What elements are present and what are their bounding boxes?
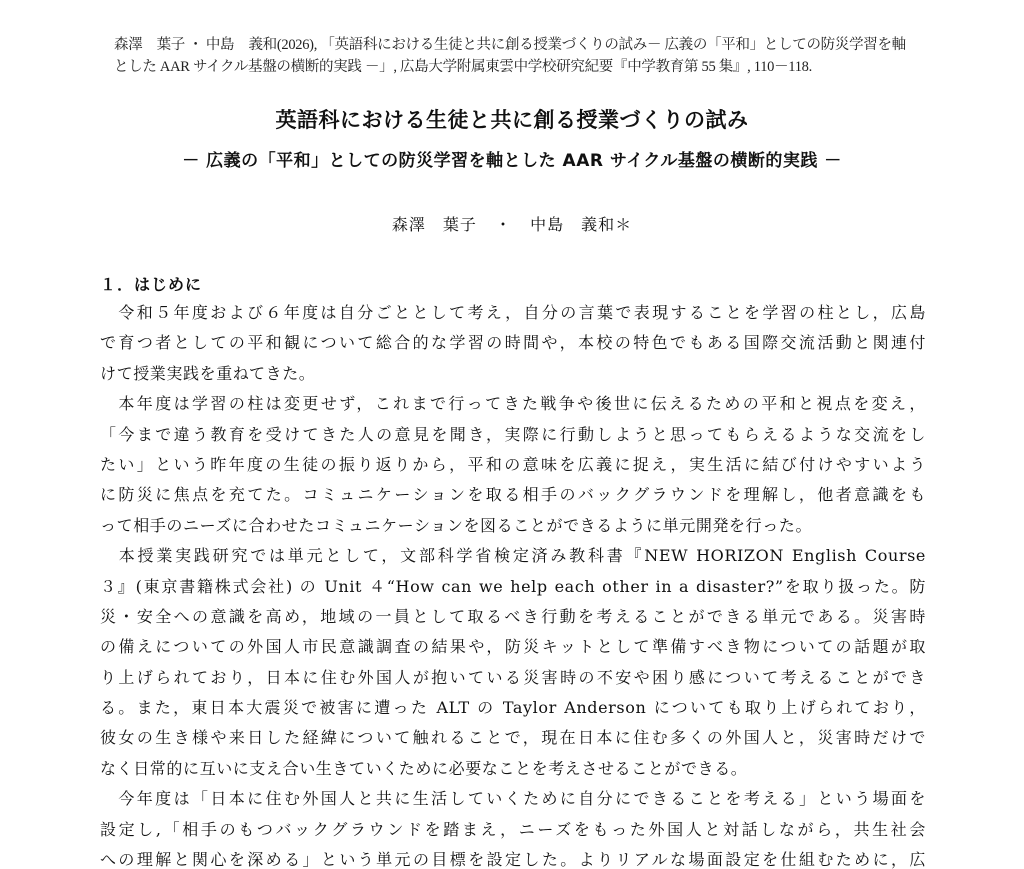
body-line: 彼女の生き様や来日した経緯について触れることで，現在日本に住む多くの外国人と，災… (100, 723, 926, 753)
body-line: けて授業実践を重ねてきた。 (100, 359, 926, 389)
document-page: 森澤 葉子 ・ 中島 義和(2026), 「英語科における生徒と共に創る授業づく… (0, 0, 1024, 869)
author-name: 中島 義和＊ (530, 215, 632, 234)
section-body: 令和５年度および６年度は自分ごととして考え，自分の言葉で表現することを学習の柱と… (100, 298, 926, 869)
body-line: ３』(東京書籍株式会社) の Unit ４“How can we help ea… (100, 572, 926, 602)
body-line: 災・安全への意識を高め，地域の一員として取るべき行動を考えることができる単元であ… (100, 602, 926, 632)
paper-subtitle: － 広義の「平和」としての防災学習を軸とした AAR サイクル基盤の横断的実践 … (0, 146, 1024, 171)
body-line: への理解と関心を深める」という単元の目標を設定した。よりリアルな場面設定を仕組む… (100, 845, 926, 869)
body-line: 本年度は学習の柱は変更せず，これまで行ってきた戦争や後世に伝えるための平和と視点… (100, 389, 926, 419)
author-name: 森澤 葉子 (392, 215, 477, 234)
section-heading: １．はじめに (100, 272, 202, 295)
paper-title: 英語科における生徒と共に創る授業づくりの試み (0, 104, 1024, 134)
citation-block: 森澤 葉子 ・ 中島 義和(2026), 「英語科における生徒と共に創る授業づく… (114, 34, 934, 78)
body-line: り上げられており，日本に住む外国人が抱いている災害時の不安や困り感について考える… (100, 663, 926, 693)
body-line: の備えについての外国人市民意識調査の結果や，防災キットとして準備すべき物について… (100, 632, 926, 662)
citation-line: 森澤 葉子 ・ 中島 義和(2026), 「英語科における生徒と共に創る授業づく… (114, 34, 934, 56)
body-line: なく日常的に互いに支え合い生きていくために必要なことを考えさせることができる。 (100, 754, 926, 784)
author-list: 森澤 葉子 ・ 中島 義和＊ (0, 212, 1024, 235)
body-line: たい」という昨年度の生徒の振り返りから，平和の意味を広義に捉え，実生活に結び付け… (100, 450, 926, 480)
citation-line: とした AAR サイクル基盤の横断的実践 －」, 広島大学附属東雲中学校研究紀要… (114, 56, 934, 78)
body-line: 設定し,「相手のもつバックグラウンドを踏まえ，ニーズをもった外国人と対話しながら… (100, 815, 926, 845)
body-line: って相手のニーズに合わせたコミュニケーションを図ることができるように単元開発を行… (100, 511, 926, 541)
body-line: 本授業実践研究では単元として，文部科学省検定済み教科書『NEW HORIZON … (100, 541, 926, 571)
body-line: に防災に焦点を充てた。コミュニケーションを取る相手のバックグラウンドを理解し，他… (100, 480, 926, 510)
author-separator: ・ (495, 215, 512, 234)
body-line: る。また，東日本大震災で被害に遭った ALT の Taylor Anderson… (100, 693, 926, 723)
body-line: 「今まで違う教育を受けてきた人の意見を聞き，実際に行動しようと思ってもらえるよう… (100, 420, 926, 450)
body-line: 令和５年度および６年度は自分ごととして考え，自分の言葉で表現することを学習の柱と… (100, 298, 926, 328)
body-line: 今年度は「日本に住む外国人と共に生活していくために自分にできることを考える」とい… (100, 784, 926, 814)
body-line: で育つ者としての平和観について総合的な学習の時間や，本校の特色でもある国際交流活… (100, 328, 926, 358)
